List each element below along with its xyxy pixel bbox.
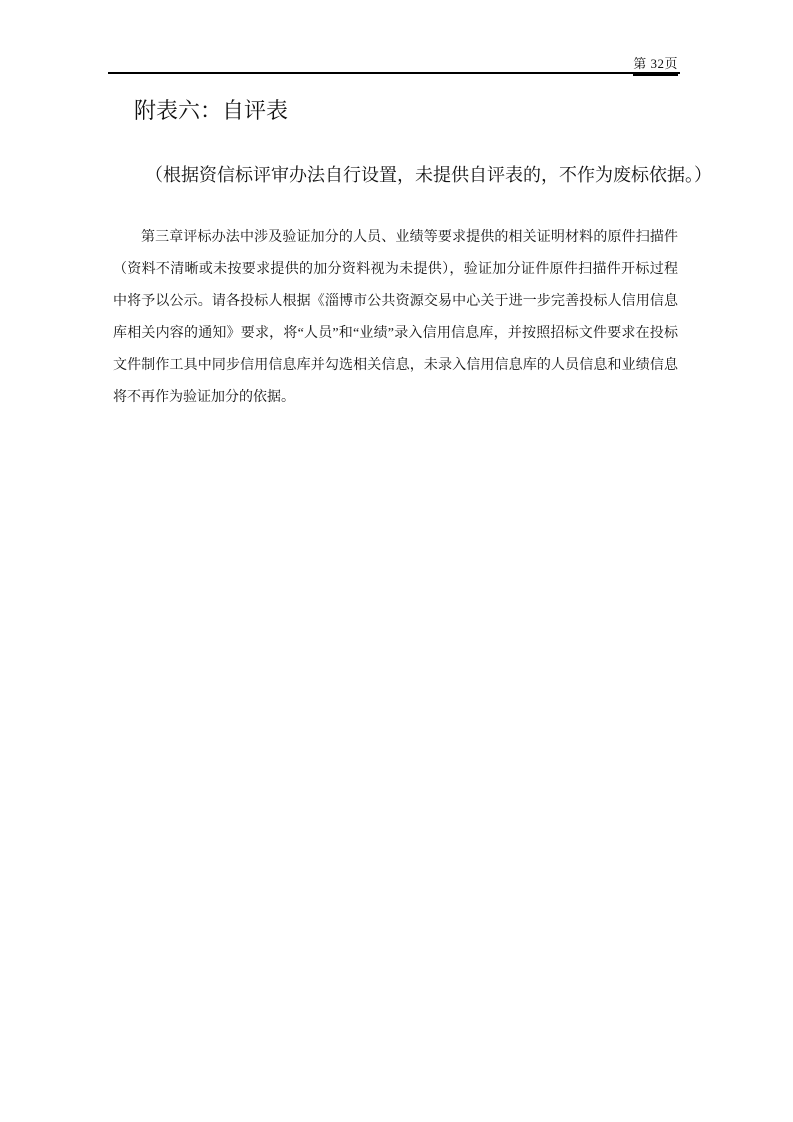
note-line: （根据资信标评审办法自行设置，未提供自评表的，不作为废标依据。） [145, 164, 712, 186]
page-title: 附表六：自评表 [134, 99, 288, 123]
body-paragraph: 第三章评标办法中涉及验证加分的人员、业绩等要求提供的相关证明材料的原件扫描件（资… [113, 222, 678, 414]
document-page: 第 32页 附表六：自评表 （根据资信标评审办法自行设置，未提供自评表的，不作为… [0, 0, 793, 1122]
header-rule [108, 72, 680, 74]
